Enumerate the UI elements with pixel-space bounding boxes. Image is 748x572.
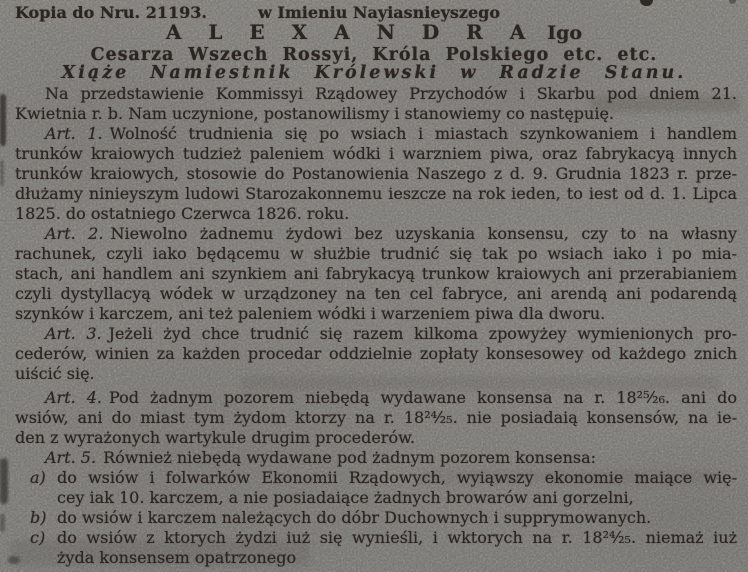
- text-line: Kwietnia r. b. Nam uczynione, postanowil…: [15, 104, 737, 124]
- text-line: uiścić się.: [15, 364, 737, 384]
- monarch-name: A L E X A N D R A: [166, 20, 535, 44]
- article-text: Niewolno żadnemu żydowi bez uzyskania ko…: [110, 224, 737, 243]
- text-line: rachunek, czyli iako będącemu w służbie …: [15, 244, 737, 264]
- list-item: a) do wsiów i folwarków Ekonomii Rządowy…: [30, 468, 737, 508]
- text-line: żyda konsensem opatrzonego: [57, 548, 737, 568]
- text-line: trunków kraiowych, stosowie do Postanowi…: [15, 164, 737, 184]
- monarch-titles-line: Cesarza Wszech Rossyi, Króla Polskiego e…: [0, 45, 748, 65]
- text-line: do wsiów i folwarków Ekonomii Rządowych,…: [57, 468, 737, 488]
- text-line: 1825. do ostatniego Czerwca 1826. roku.: [15, 204, 737, 224]
- monarch-name-line: A L E X A N D R AIgo: [0, 20, 748, 44]
- left-edge-smudge-2: [0, 160, 4, 186]
- article-text: Jeżeli żyd chce trudnić się razem kilkom…: [109, 324, 737, 343]
- list-item-text: do wsiów i karczem należących do dóbr Du…: [57, 508, 737, 528]
- text-line: dłużamy ninieyszym ludowi Starozakonnemu…: [15, 184, 737, 204]
- viceroy-title-line: Xiąże Namiestnik Królewski w Radzie Stan…: [0, 63, 748, 84]
- text-line: stach, ani handlem ani szynkiem ani fabr…: [15, 264, 737, 284]
- text-line: Art. 3.Jeżeli żyd chce trudnić się razem…: [15, 324, 737, 344]
- article-label: Art. 5.: [45, 448, 96, 467]
- article-label: Art. 3.: [45, 324, 102, 343]
- text-line: do wsiów z ktorych żydzi iuż się wynieśl…: [57, 528, 737, 548]
- article-label: Art. 4.: [45, 388, 102, 407]
- list-item-text: do wsiów i folwarków Ekonomii Rządowych,…: [57, 468, 737, 508]
- text-line: cederów, winien za każden procedar oddzi…: [15, 344, 737, 364]
- text-line: Art. 5.Również niebędą wydawane pod żadn…: [15, 448, 737, 468]
- text-line: Art. 2.Niewolno żadnemu żydowi bez uzysk…: [15, 224, 737, 244]
- scanned-document-page: Kopia do Nru. 21193. w Imieniu Nayiasnie…: [0, 0, 748, 572]
- article-text: Również niebędą wydawane pod żadnym pozo…: [103, 448, 596, 467]
- monarch-ordinal: Igo: [547, 22, 582, 44]
- text-line: den z wyrażonych wartykule drugim proced…: [15, 428, 737, 448]
- text-line: do wsiów i karczem należących do dóbr Du…: [57, 508, 737, 528]
- list-item-marker: b): [30, 508, 57, 528]
- left-edge-smudge-1: [0, 94, 6, 146]
- article-label: Art. 1.: [45, 124, 103, 143]
- text-line: trunków kraiowych tudzież paleniem wódki…: [15, 144, 737, 164]
- left-edge-smudge-3: [0, 458, 8, 504]
- text-line: cey iak 10. karczem, a nie posiadaiące ż…: [57, 488, 737, 508]
- document-body: Na przedstawienie Kommissyi Rządowey Prz…: [15, 84, 737, 568]
- left-edge-smudge-4: [0, 514, 5, 532]
- text-line: Art. 1.Wolność trudnienia się po wsiach …: [15, 124, 737, 144]
- text-line: szynków i karczem, ani też paleniem wódk…: [15, 304, 737, 324]
- list-item: c) do wsiów z ktorych żydzi iuż się wyni…: [30, 528, 737, 568]
- list-item-marker: a): [30, 468, 57, 508]
- text-line: czyli dystyllacyą wódek w urządzoney na …: [15, 284, 737, 304]
- text-line: Art. 4.Pod żadnym pozorem niebędą wydawa…: [15, 388, 737, 408]
- text-line: Na przedstawienie Kommissyi Rządowey Prz…: [15, 84, 737, 104]
- article-text: Pod żadnym pozorem niebędą wydawane kons…: [109, 388, 737, 407]
- text-line: wsiów, ani do miast tym żydom ktorzy na …: [15, 408, 737, 428]
- list-item-text: do wsiów z ktorych żydzi iuż się wynieśl…: [57, 528, 737, 568]
- list-item-marker: c): [30, 528, 57, 568]
- list-item: b) do wsiów i karczem należących do dóbr…: [30, 508, 737, 528]
- article-label: Art. 2.: [45, 224, 103, 243]
- article-text: Wolność trudnienia się po wsiach i miast…: [110, 124, 737, 143]
